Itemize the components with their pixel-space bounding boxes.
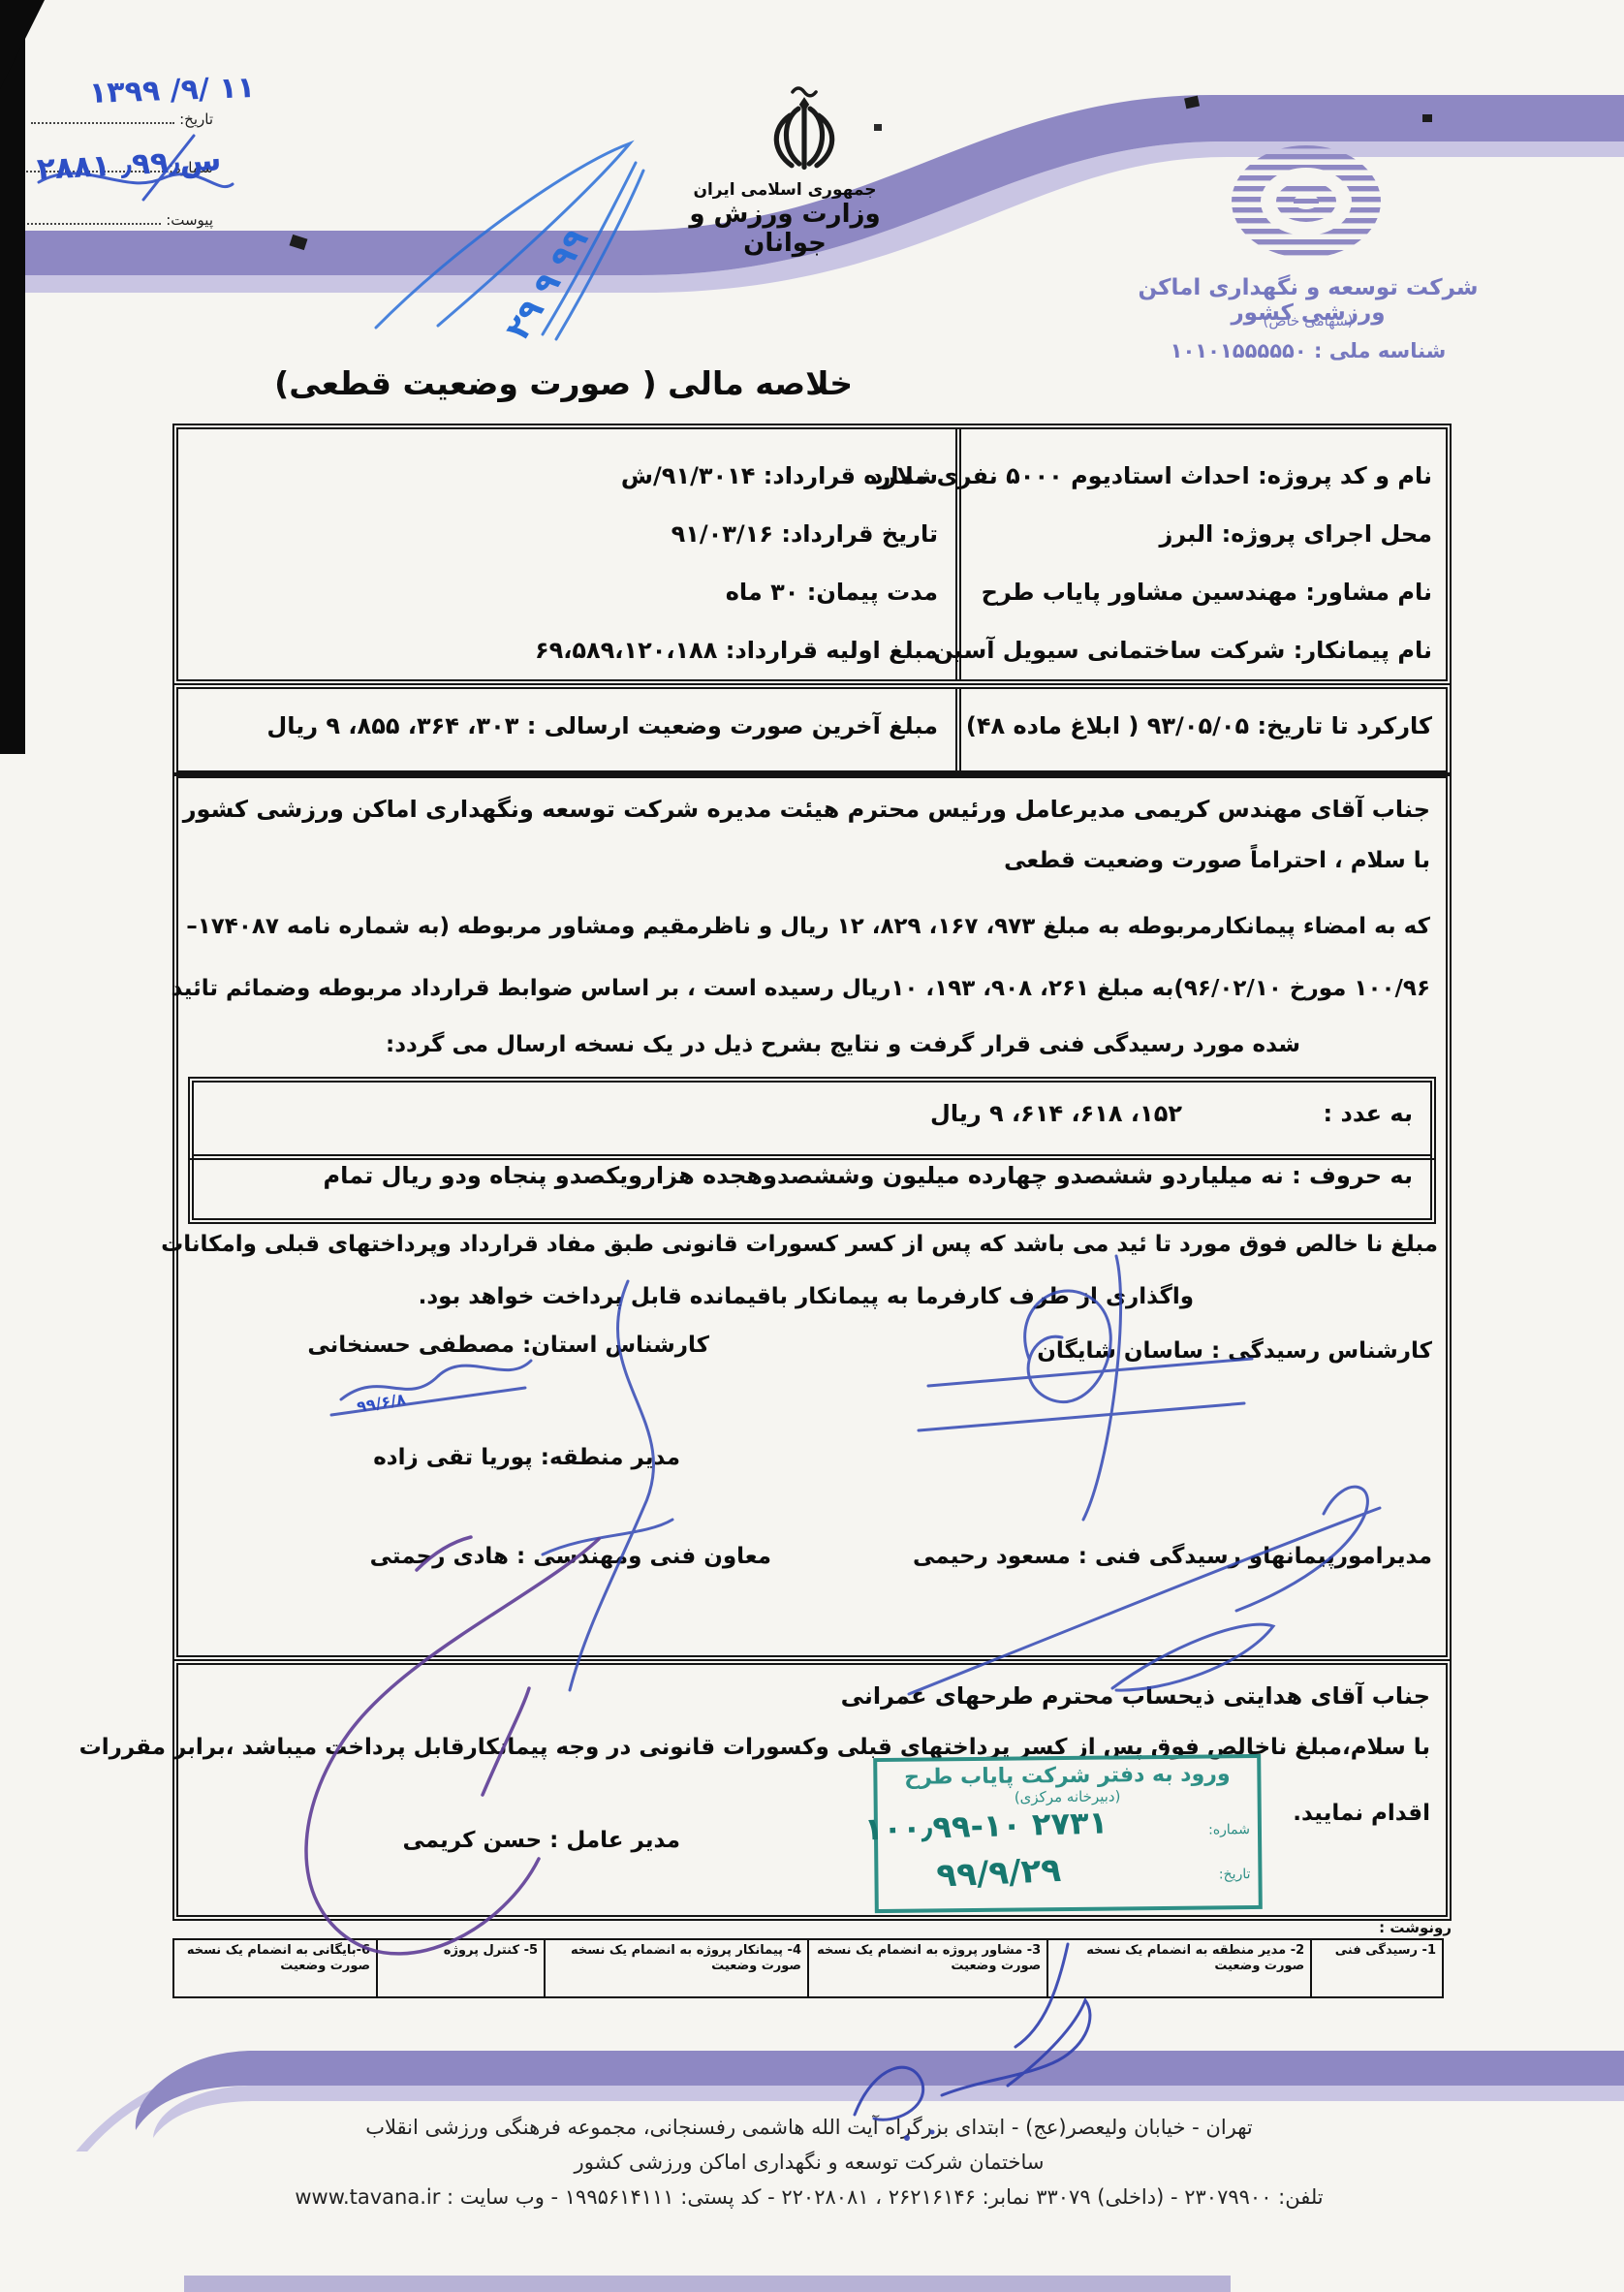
cc-cell-4: 4- پیمانکار پروژه به انضمام یک نسخه صورت… (544, 1940, 807, 1996)
last-statement-amount: مبلغ آخرین صورت وضعیت ارسالی : ۳۰۳، ۳۶۴،… (266, 712, 938, 739)
footer-address-line1: تهران - خیابان ولیعصر(عج) - ابتدای بزرگر… (165, 2116, 1453, 2139)
emblem-caption-ministry: وزارت ورزش و جوانان (659, 200, 911, 258)
cc-cell-6: 6-بایگانی به انضمام یک نسخه صورت وضعیت (174, 1940, 376, 1996)
company-national-id: شناسه ملی : ۱۰۱۰۱۵۵۵۵۵۰ (1095, 339, 1521, 362)
date-dotted-line (31, 109, 174, 124)
top-scribble-signature (376, 143, 643, 339)
letter-body-box: جناب آقای مهندس کریمی مدیرعامل ورئیس محت… (172, 772, 1452, 1661)
scan-corner-artifact (0, 0, 45, 89)
stamp-line1: ورود به دفتر شرکت پایاب طرح (877, 1762, 1257, 1790)
scanned-letter-page: تاریخ: شماره: پیوست: ۱۳۹۹ /۹/ ۱۱ س٫۹۹٫ ۲… (0, 0, 1624, 2292)
cc-cell-3: 3- مشاور پروژه به انضمام یک نسخه صورت وض… (807, 1940, 1046, 1996)
company-logo (1229, 143, 1384, 262)
project-name: نام و کد پروژه: احداث استادیوم ۵۰۰۰ نفری… (948, 447, 1432, 505)
contract-info-table: نام و کد پروژه: احداث استادیوم ۵۰۰۰ نفری… (172, 424, 1452, 685)
payment-instruction-box: جناب آقای هدایتی ذیحساب محترم طرحهای عمر… (172, 1659, 1452, 1921)
letter-paragraph-line1: که به امضاء پیمانکارمربوطه به مبلغ ۹۷۳، … (186, 914, 1430, 939)
company-type: (سهامی خاص) (1095, 312, 1521, 330)
letter-addressee: جناب آقای مهندس کریمی مدیرعامل ورئیس محت… (183, 796, 1430, 823)
contract-initial-amount: مبلغ اولیه قرارداد: ۶۹،۵۸۹،۱۲۰،۱۸۸ (172, 621, 938, 679)
letter-paragraph-line2: ۱۰۰/۹۶ مورخ ۹۶/۰۲/۱۰)به مبلغ ۲۶۱، ۹۰۸، ۱… (171, 976, 1430, 1001)
ceo-signature-title: مدیر عامل : حسن کریمی (402, 1828, 680, 1853)
handwritten-scribble-date: ۲۹ ۹ ۹۹ (498, 222, 596, 347)
attachment-label: پیوست: (166, 211, 213, 229)
payment-body-line2: اقدام نمایید. (1293, 1801, 1430, 1826)
registry-stamp: ورود به دفتر شرکت پایاب طرح (دبیرخانه مر… (873, 1754, 1263, 1913)
signature-review-expert: کارشناس رسیدگی : ساسان شایگان (1037, 1338, 1432, 1364)
letter-salutation: با سلام ، احتراماً صورت وضعیت قطعی (1004, 848, 1430, 873)
footer-block: تهران - خیابان ولیعصر(عج) - ابتدای بزرگر… (165, 2116, 1453, 2209)
cc-table: 1- رسیدگی فنی 2- مدیر منطقه به انضمام یک… (172, 1938, 1444, 1998)
signature-technical-deputy: معاون فنی ومهندسی : هادی رحمتی (370, 1544, 771, 1569)
amount-digits-value: ۱۵۲، ۶۱۸، ۶۱۴، ۹ ریال (930, 1100, 1182, 1127)
contract-duration: مدت پیمان: ۳۰ ماه (172, 563, 938, 621)
amount-words-row: به حروف : نه میلیاردو ششصدو چهارده میلیو… (188, 1143, 1436, 1224)
stamp-number-value: ۱۰۰٫۹۹-۱۰ ۲۷۳۱ (863, 1804, 1108, 1847)
signature-contracts-manager: مدیرامورپیمانهاو رسیدگی فنی : مسعود رحیم… (913, 1544, 1432, 1569)
contract-number: شماره قرارداد: ۹۱/۳۰۱۴/ش (172, 447, 938, 505)
stamp-date-value: ۹۹/۹/۲۹ (936, 1851, 1062, 1896)
page-title: خلاصه مالی ( صورت وضعیت قطعی) (417, 364, 853, 402)
number-label: شماره: (169, 159, 213, 176)
signature-province-expert: کارشناس استان: مصطفی حسنخانی (307, 1333, 709, 1358)
signature-region-manager: مدیر منطقه: پوریا تقی زاده (373, 1445, 680, 1470)
amount-words-value: به حروف : نه میلیاردو ششصدو چهارده میلیو… (324, 1162, 1413, 1189)
payment-addressee: جناب آقای هدایتی ذیحساب محترم طرحهای عمر… (841, 1682, 1430, 1710)
amount-digits-label: به عدد : (1324, 1100, 1413, 1127)
info-table-right-cell: نام و کد پروژه: احداث استادیوم ۵۰۰۰ نفری… (948, 429, 1446, 679)
performance-row-divider (955, 689, 961, 770)
contractor-name: نام پیمانکار: شرکت ساختمانی سیویل آسین (948, 621, 1432, 679)
date-label: تاریخ: (179, 110, 213, 128)
consultant-name: نام مشاور: مهندسین مشاور پایاب طرح (948, 563, 1432, 621)
cc-cell-2: 2- مدیر منطقه به انضمام یک نسخه صورت وضع… (1046, 1940, 1310, 1996)
emblem-caption-country: جمهوری اسلامی ایران (678, 180, 891, 200)
cc-cell-1: 1- رسیدگی فنی (1310, 1940, 1442, 1996)
iran-emblem-icon (756, 85, 853, 182)
info-table-left-cell: شماره قرارداد: ۹۱/۳۰۱۴/ش تاریخ قرارداد: … (172, 429, 952, 679)
project-location: محل اجرای پروژه: البرز (948, 505, 1432, 563)
handwritten-date: ۱۳۹۹ /۹/ ۱۱ (88, 71, 255, 110)
footer-contact-line: تلفن: ۲۳۰۷۹۹۰۰ - (داخلی) ۳۳۰۷۹ نمابر: ۲۶… (165, 2185, 1453, 2209)
stamp-date-label: تاریخ: (1219, 1867, 1251, 1882)
letter-paragraph-line3: شده مورد رسیدگی فنی قرار گرفت و نتایج بش… (386, 1032, 1300, 1057)
performance-to-date: کارکرد تا تاریخ: ۹۳/۰۵/۰۵ ( ابلاغ ماده ۴… (966, 712, 1432, 739)
ribbon-bottom-edge (184, 2276, 1231, 2292)
attachment-dotted-line (27, 209, 161, 225)
performance-row: کارکرد تا تاریخ: ۹۳/۰۵/۰۵ ( ابلاغ ماده ۴… (172, 683, 1452, 776)
note-line2: واگذاری از طرف کارفرما به پیمانکار باقیم… (419, 1284, 1194, 1309)
number-dotted-line (26, 157, 164, 173)
cc-label: رونوشت : (1379, 1919, 1452, 1936)
contract-date: تاریخ قرارداد: ۹۱/۰۳/۱۶ (172, 505, 938, 563)
stamp-number-label: شماره: (1208, 1822, 1250, 1837)
note-line1: مبلغ نا خالص فوق مورد تا ئید می باشد که … (161, 1232, 1438, 1257)
letterhead-meta: تاریخ: شماره: پیوست: (19, 109, 213, 229)
footer-address-line2: ساختمان شرکت توسعه و نگهداری اماکن ورزشی… (165, 2151, 1453, 2174)
cc-cell-5: 5- کنترل پروژه (376, 1940, 544, 1996)
